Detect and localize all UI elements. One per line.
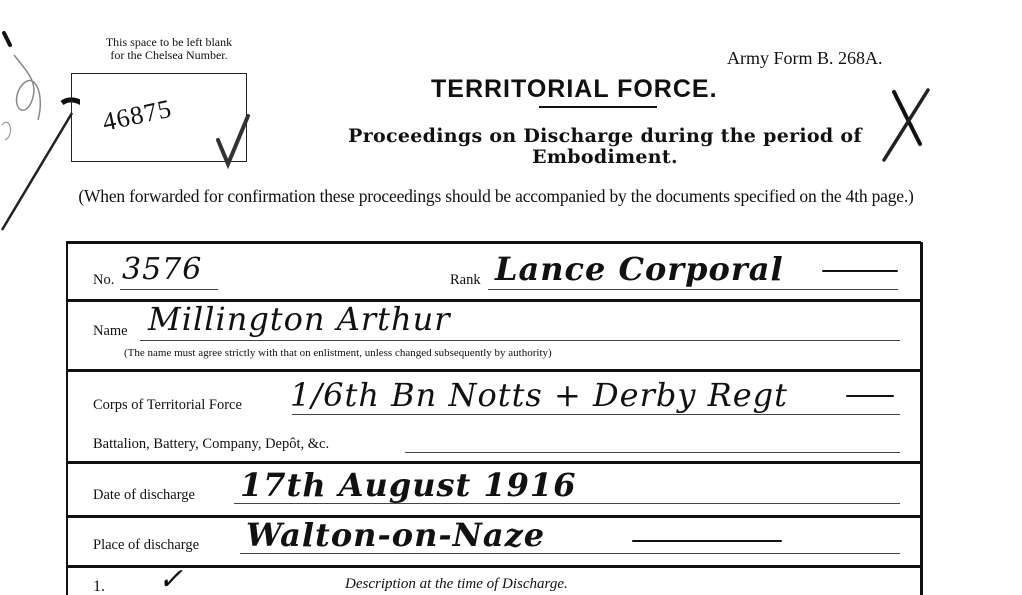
rank-label: Rank (450, 272, 481, 289)
form-number: Army Form B. 268A. (727, 48, 883, 69)
form-title: TERRITORIAL FORCE. (431, 75, 718, 104)
dash-mark (846, 395, 894, 397)
title-underline (539, 106, 657, 108)
dash-mark (632, 540, 782, 542)
cross-mark-icon (870, 84, 940, 164)
date-of-discharge-label: Date of discharge (93, 487, 195, 504)
rank-line (488, 289, 898, 290)
section-heading: Description at the time of Discharge. (345, 576, 568, 593)
date-of-discharge-field[interactable]: 17th August 1916 (240, 466, 576, 504)
place-of-discharge-field[interactable]: Walton-on-Naze (246, 516, 545, 554)
form-subtitle: Proceedings on Discharge during the peri… (285, 126, 925, 168)
row-divider (66, 241, 921, 244)
name-note: (The name must agree strictly with that … (124, 347, 552, 359)
row-divider (66, 461, 921, 464)
pencil-tick-icon (214, 112, 254, 172)
number-field[interactable]: 3576 (122, 252, 202, 287)
corps-line (292, 414, 900, 415)
forwarding-instruction: (When forwarded for confirmation these p… (66, 186, 926, 207)
number-line (120, 289, 218, 290)
check-mark-icon: ✓ (158, 562, 183, 595)
battalion-line (405, 452, 900, 453)
item-number: 1. (93, 578, 105, 595)
row-divider (66, 369, 921, 372)
dash-mark (822, 270, 898, 272)
corps-field[interactable]: 1/6th Bn Notts + Derby Regt (290, 376, 788, 414)
place-of-discharge-label: Place of discharge (93, 537, 199, 554)
name-line (140, 340, 900, 341)
battalion-label: Battalion, Battery, Company, Depôt, &c. (93, 436, 329, 453)
name-label: Name (93, 323, 128, 340)
chelsea-note-line2: for the Chelsea Number. (84, 49, 254, 62)
name-field[interactable]: Millington Arthur (148, 300, 450, 338)
rank-field[interactable]: Lance Corporal (495, 250, 784, 288)
corps-label: Corps of Territorial Force (93, 397, 242, 414)
number-label: No. (93, 272, 114, 289)
row-divider (66, 565, 921, 568)
chelsea-note: This space to be left blank for the Chel… (84, 36, 254, 62)
